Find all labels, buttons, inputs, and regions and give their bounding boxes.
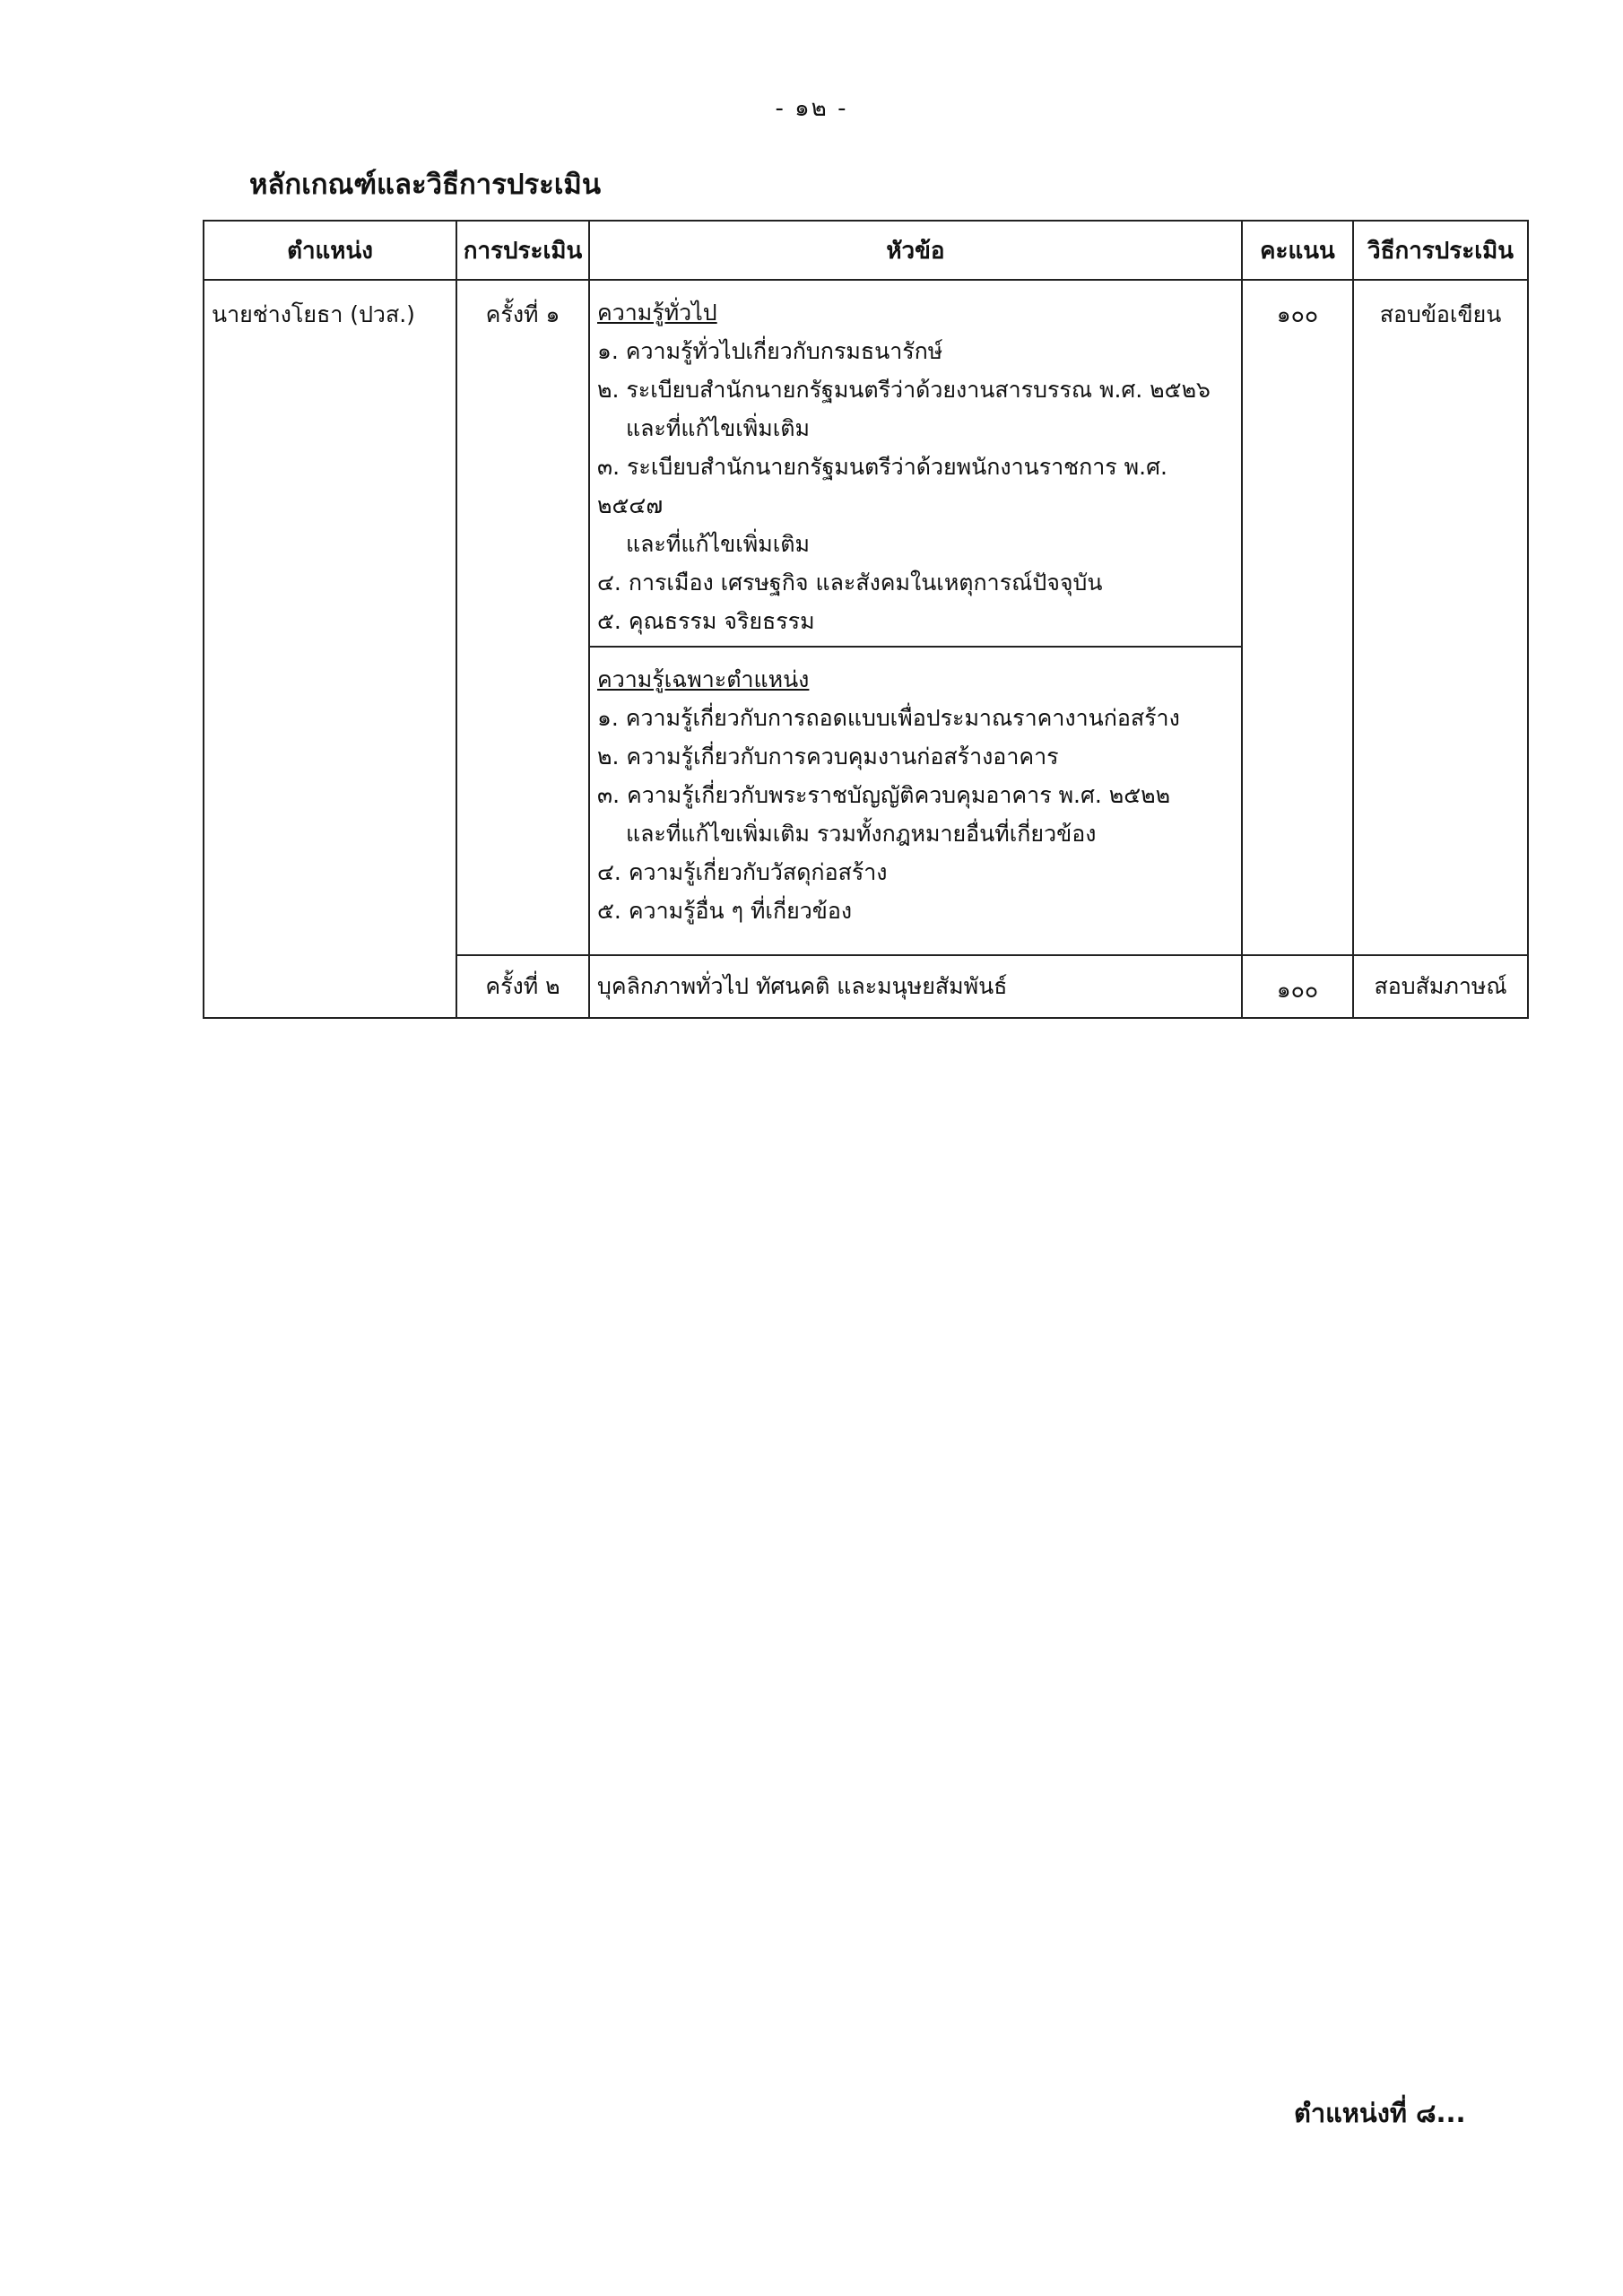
topic-list-item: ๒. ความรู้เกี่ยวกับการควบคุมงานก่อสร้างอ…: [597, 737, 1234, 776]
round-2-method-cell: สอบสัมภาษณ์: [1353, 955, 1528, 1018]
section-title: หลักเกณฑ์และวิธีการประเมิน: [249, 161, 601, 206]
topic-list-item: ๑. ความรู้เกี่ยวกับการถอดแบบเพื่อประมาณร…: [597, 699, 1234, 737]
topic-list-item: ๓. ความรู้เกี่ยวกับพระราชบัญญัติควบคุมอา…: [597, 776, 1234, 814]
round-2-score: ๑๐๐: [1243, 956, 1352, 1008]
general-knowledge-section: ความรู้ทั่วไป๑. ความรู้ทั่วไปเกี่ยวกับกร…: [590, 281, 1241, 646]
header-topic: หัวข้อ: [589, 221, 1242, 280]
topic-general-knowledge: ความรู้ทั่วไป๑. ความรู้ทั่วไปเกี่ยวกับกร…: [589, 280, 1242, 647]
topic-section-heading: ความรู้ทั่วไป: [597, 293, 1234, 332]
round-2-topic-cell: บุคลิกภาพทั่วไป ทัศนคติ และมนุษยสัมพันธ์: [589, 955, 1242, 1018]
topic-list-item: ๓. ระเบียบสำนักนายกรัฐมนตรีว่าด้วยพนักงา…: [597, 448, 1234, 525]
round-1-label: ครั้งที่ ๑: [457, 281, 588, 333]
topic-list-item: และที่แก้ไขเพิ่มเติม รวมทั้งกฎหมายอื่นที…: [597, 814, 1234, 853]
header-score: คะแนน: [1242, 221, 1353, 280]
header-evaluation: การประเมิน: [456, 221, 589, 280]
topic-section-heading: ความรู้เฉพาะตำแหน่ง: [597, 660, 1234, 699]
position-knowledge-section: ความรู้เฉพาะตำแหน่ง๑. ความรู้เกี่ยวกับกา…: [590, 648, 1241, 935]
topic-list-item: และที่แก้ไขเพิ่มเติม: [597, 525, 1234, 563]
header-position: ตำแหน่ง: [204, 221, 456, 280]
position-name: นายช่างโยธา (ปวส.): [204, 281, 456, 333]
round-1-score-cell: ๑๐๐: [1242, 280, 1353, 955]
round-1-score: ๑๐๐: [1243, 281, 1352, 333]
continuation-note: ตำแหน่งที่ ๘...: [1294, 2092, 1466, 2134]
topic-list-item: ๕. ความรู้อื่น ๆ ที่เกี่ยวข้อง: [597, 891, 1234, 930]
header-method: วิธีการประเมิน: [1353, 221, 1528, 280]
topic-list-item: ๑. ความรู้ทั่วไปเกี่ยวกับกรมธนารักษ์: [597, 332, 1234, 370]
topic-list-item: ๔. ความรู้เกี่ยวกับวัสดุก่อสร้าง: [597, 853, 1234, 891]
round-1-method: สอบข้อเขียน: [1354, 281, 1527, 333]
topic-list-item: และที่แก้ไขเพิ่มเติม: [597, 409, 1234, 448]
page-number: - ๑๒ -: [0, 90, 1623, 126]
topic-position-knowledge: ความรู้เฉพาะตำแหน่ง๑. ความรู้เกี่ยวกับกา…: [589, 647, 1242, 955]
position-cell: นายช่างโยธา (ปวส.): [204, 280, 456, 1018]
round-1-cell: ครั้งที่ ๑: [456, 280, 589, 955]
evaluation-criteria-table: ตำแหน่ง การประเมิน หัวข้อ คะแนน วิธีการป…: [203, 220, 1529, 1019]
round-2-label: ครั้งที่ ๒: [457, 956, 588, 1004]
round-1-method-cell: สอบข้อเขียน: [1353, 280, 1528, 955]
topic-list-item: ๔. การเมือง เศรษฐกิจ และสังคมในเหตุการณ์…: [597, 563, 1234, 602]
round-2-topic: บุคลิกภาพทั่วไป ทัศนคติ และมนุษยสัมพันธ์: [590, 956, 1241, 1004]
topic-list-item: ๒. ระเบียบสำนักนายกรัฐมนตรีว่าด้วยงานสาร…: [597, 370, 1234, 409]
round-2-method: สอบสัมภาษณ์: [1354, 956, 1527, 1004]
table-header-row: ตำแหน่ง การประเมิน หัวข้อ คะแนน วิธีการป…: [204, 221, 1528, 280]
topic-list-item: ๕. คุณธรรม จริยธรรม: [597, 602, 1234, 640]
round-2-cell: ครั้งที่ ๒: [456, 955, 589, 1018]
table-row: นายช่างโยธา (ปวส.) ครั้งที่ ๑ ความรู้ทั่…: [204, 280, 1528, 647]
round-2-score-cell: ๑๐๐: [1242, 955, 1353, 1018]
